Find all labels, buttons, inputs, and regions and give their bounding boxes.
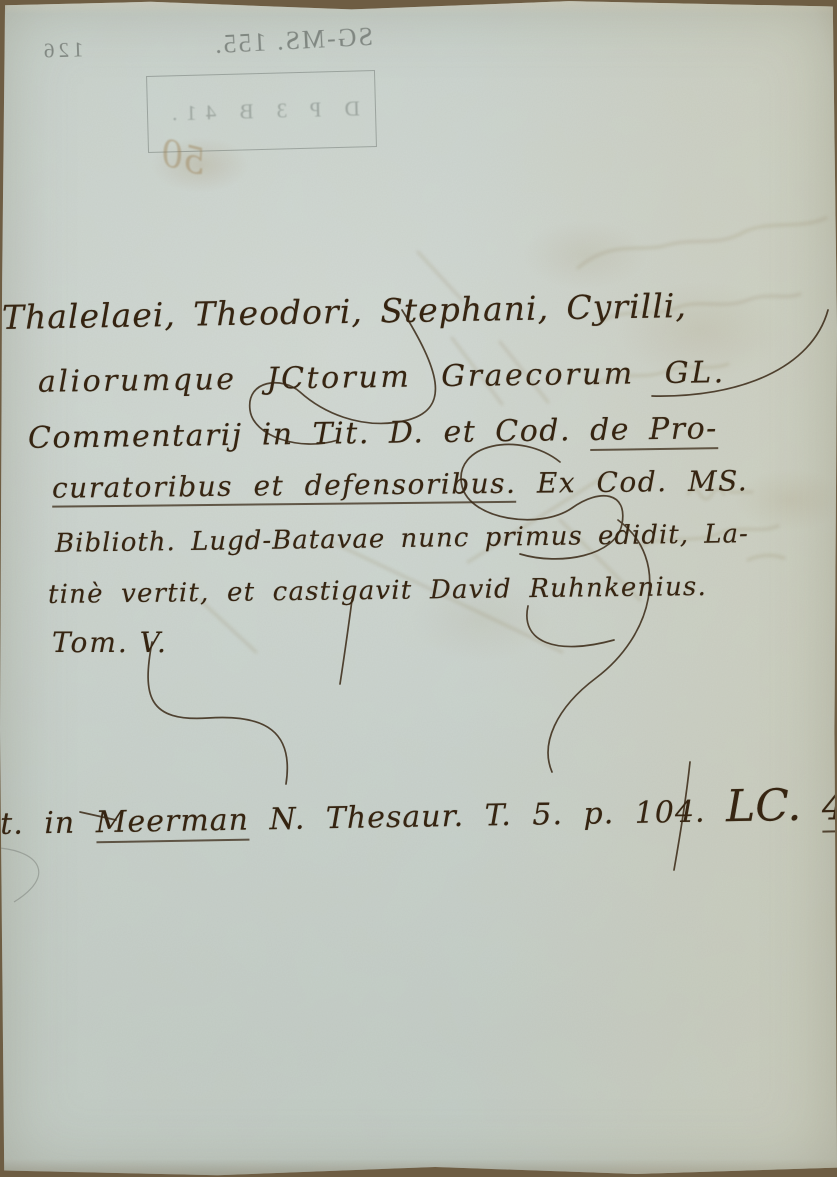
paper-crease [0,848,39,902]
title-line-6: tinè vertit, et castigavit David Ruhnken… [48,572,707,610]
reference-pre: t. in [0,805,96,842]
reference-mid: N. Thesaur. T. 5. p. 104. [249,794,727,837]
title-line-1: Thalelaei, Theodori, Stephani, Cyrilli, [2,286,687,337]
title-line-2: aliorumque JCtorum Graecorum GL. [38,355,726,400]
tome-line: Tom. V. [52,626,168,659]
line3-underlined-text: de Pro- [590,411,718,451]
reference-monogram: LC. [726,780,802,832]
reference-meerman: Meerman [95,803,249,844]
library-stamp-text: D P 3 B 41. [163,96,360,126]
manuscript-page: 126 SG-MS. 155. D P 3 B 41. 50 Thalelaei… [0,0,837,1177]
reference-number: 432 [821,783,837,832]
pencil-page-number: 126 [40,37,84,64]
manuscript-photo: { "pencil_marks": { "page_number": "126"… [0,0,837,1177]
reference-line: t. in Meerman N. Thesaur. T. 5. p. 104. … [0,778,837,845]
line4-underlined-text: curatoribus et defensoribus. [52,467,517,508]
title-line-3: Commentarij in Tit. D. et Cod. de Pro- [28,411,718,456]
line4-text: Ex Cod. MS. [516,464,748,499]
title-line-4: curatoribus et defensoribus. Ex Cod. MS. [52,464,749,504]
pencil-shelfmark: SG-MS. 155. [212,22,373,60]
title-line-5: Biblioth. Lugd-Batavae nunc primus edidi… [55,519,749,559]
line3-text: Commentarij in Tit. D. et Cod. [28,413,591,456]
